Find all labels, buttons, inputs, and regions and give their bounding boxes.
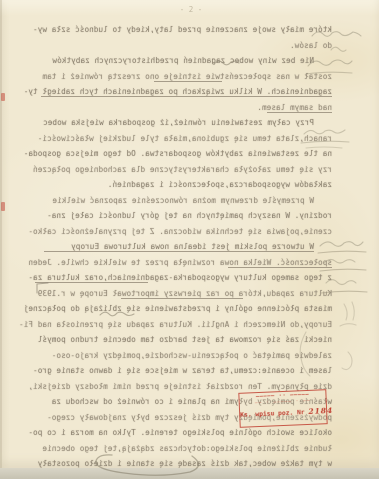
stamp-register-number: 2184 <box>308 406 333 416</box>
scanned-document-page: - 2 - które miały swoje znaczenie przed … <box>0 0 379 479</box>
line-bracket-mark <box>37 283 48 293</box>
interlinear-insert-lower <box>100 312 134 316</box>
margin-scribble-right <box>340 302 356 370</box>
margin-note-lower-right <box>318 242 367 293</box>
stamp-register-line: Ks. wpisu poz. Nr 2184 <box>240 406 326 420</box>
circled-word-loop <box>96 455 199 475</box>
margin-note-middle-right <box>301 130 349 148</box>
library-accession-stamp: ————— ·· ————— —— · ————— · —— Ks. wpisu… <box>238 389 327 428</box>
margin-curve-mark <box>300 332 310 376</box>
red-edge-marks <box>1 93 5 211</box>
interlinear-insert-upper <box>214 61 239 65</box>
margin-note-top-right <box>306 32 361 74</box>
stamp-register-label: Ks. wpisu poz. Nr <box>240 409 305 419</box>
